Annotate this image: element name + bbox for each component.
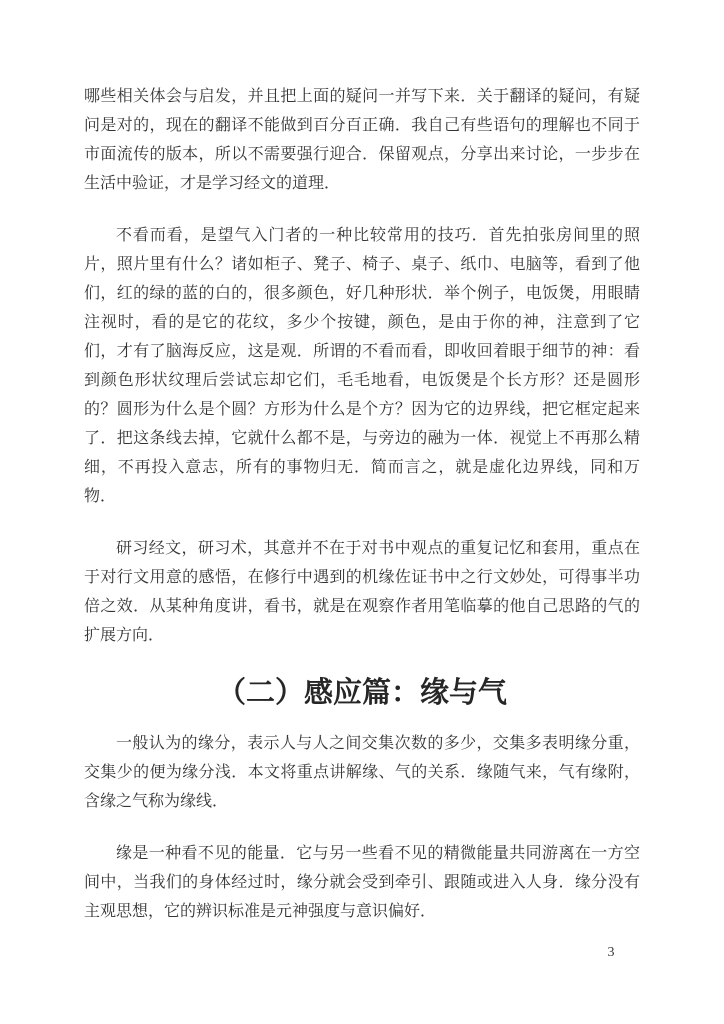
paragraph: 研习经文，研习术，其意并不在于对书中观点的重复记忆和套用，重点在于对行文用意的感… xyxy=(84,534,640,650)
paragraph: 不看而看，是望气入门者的一种比较常用的技巧．首先拍张房间里的照片，照片里有什么？… xyxy=(84,221,640,511)
paragraph-continuation: 哪些相关体会与启发，并且把上面的疑问一并写下来．关于翻译的疑问，有疑问是对的，现… xyxy=(84,82,640,198)
section-heading: （二）感应篇：缘与气 xyxy=(84,673,640,713)
document-page: 哪些相关体会与启发，并且把上面的疑问一并写下来．关于翻译的疑问，有疑问是对的，现… xyxy=(0,0,724,1024)
paragraph: 一般认为的缘分，表示人与人之间交集次数的多少，交集多表明缘分重，交集少的便为缘分… xyxy=(84,729,640,816)
text-column: 哪些相关体会与启发，并且把上面的疑问一并写下来．关于翻译的疑问，有疑问是对的，现… xyxy=(84,82,640,949)
page-number: 3 xyxy=(596,943,626,963)
paragraph: 缘是一种看不见的能量．它与另一些看不见的精微能量共同游离在一方空间中，当我们的身… xyxy=(84,839,640,926)
